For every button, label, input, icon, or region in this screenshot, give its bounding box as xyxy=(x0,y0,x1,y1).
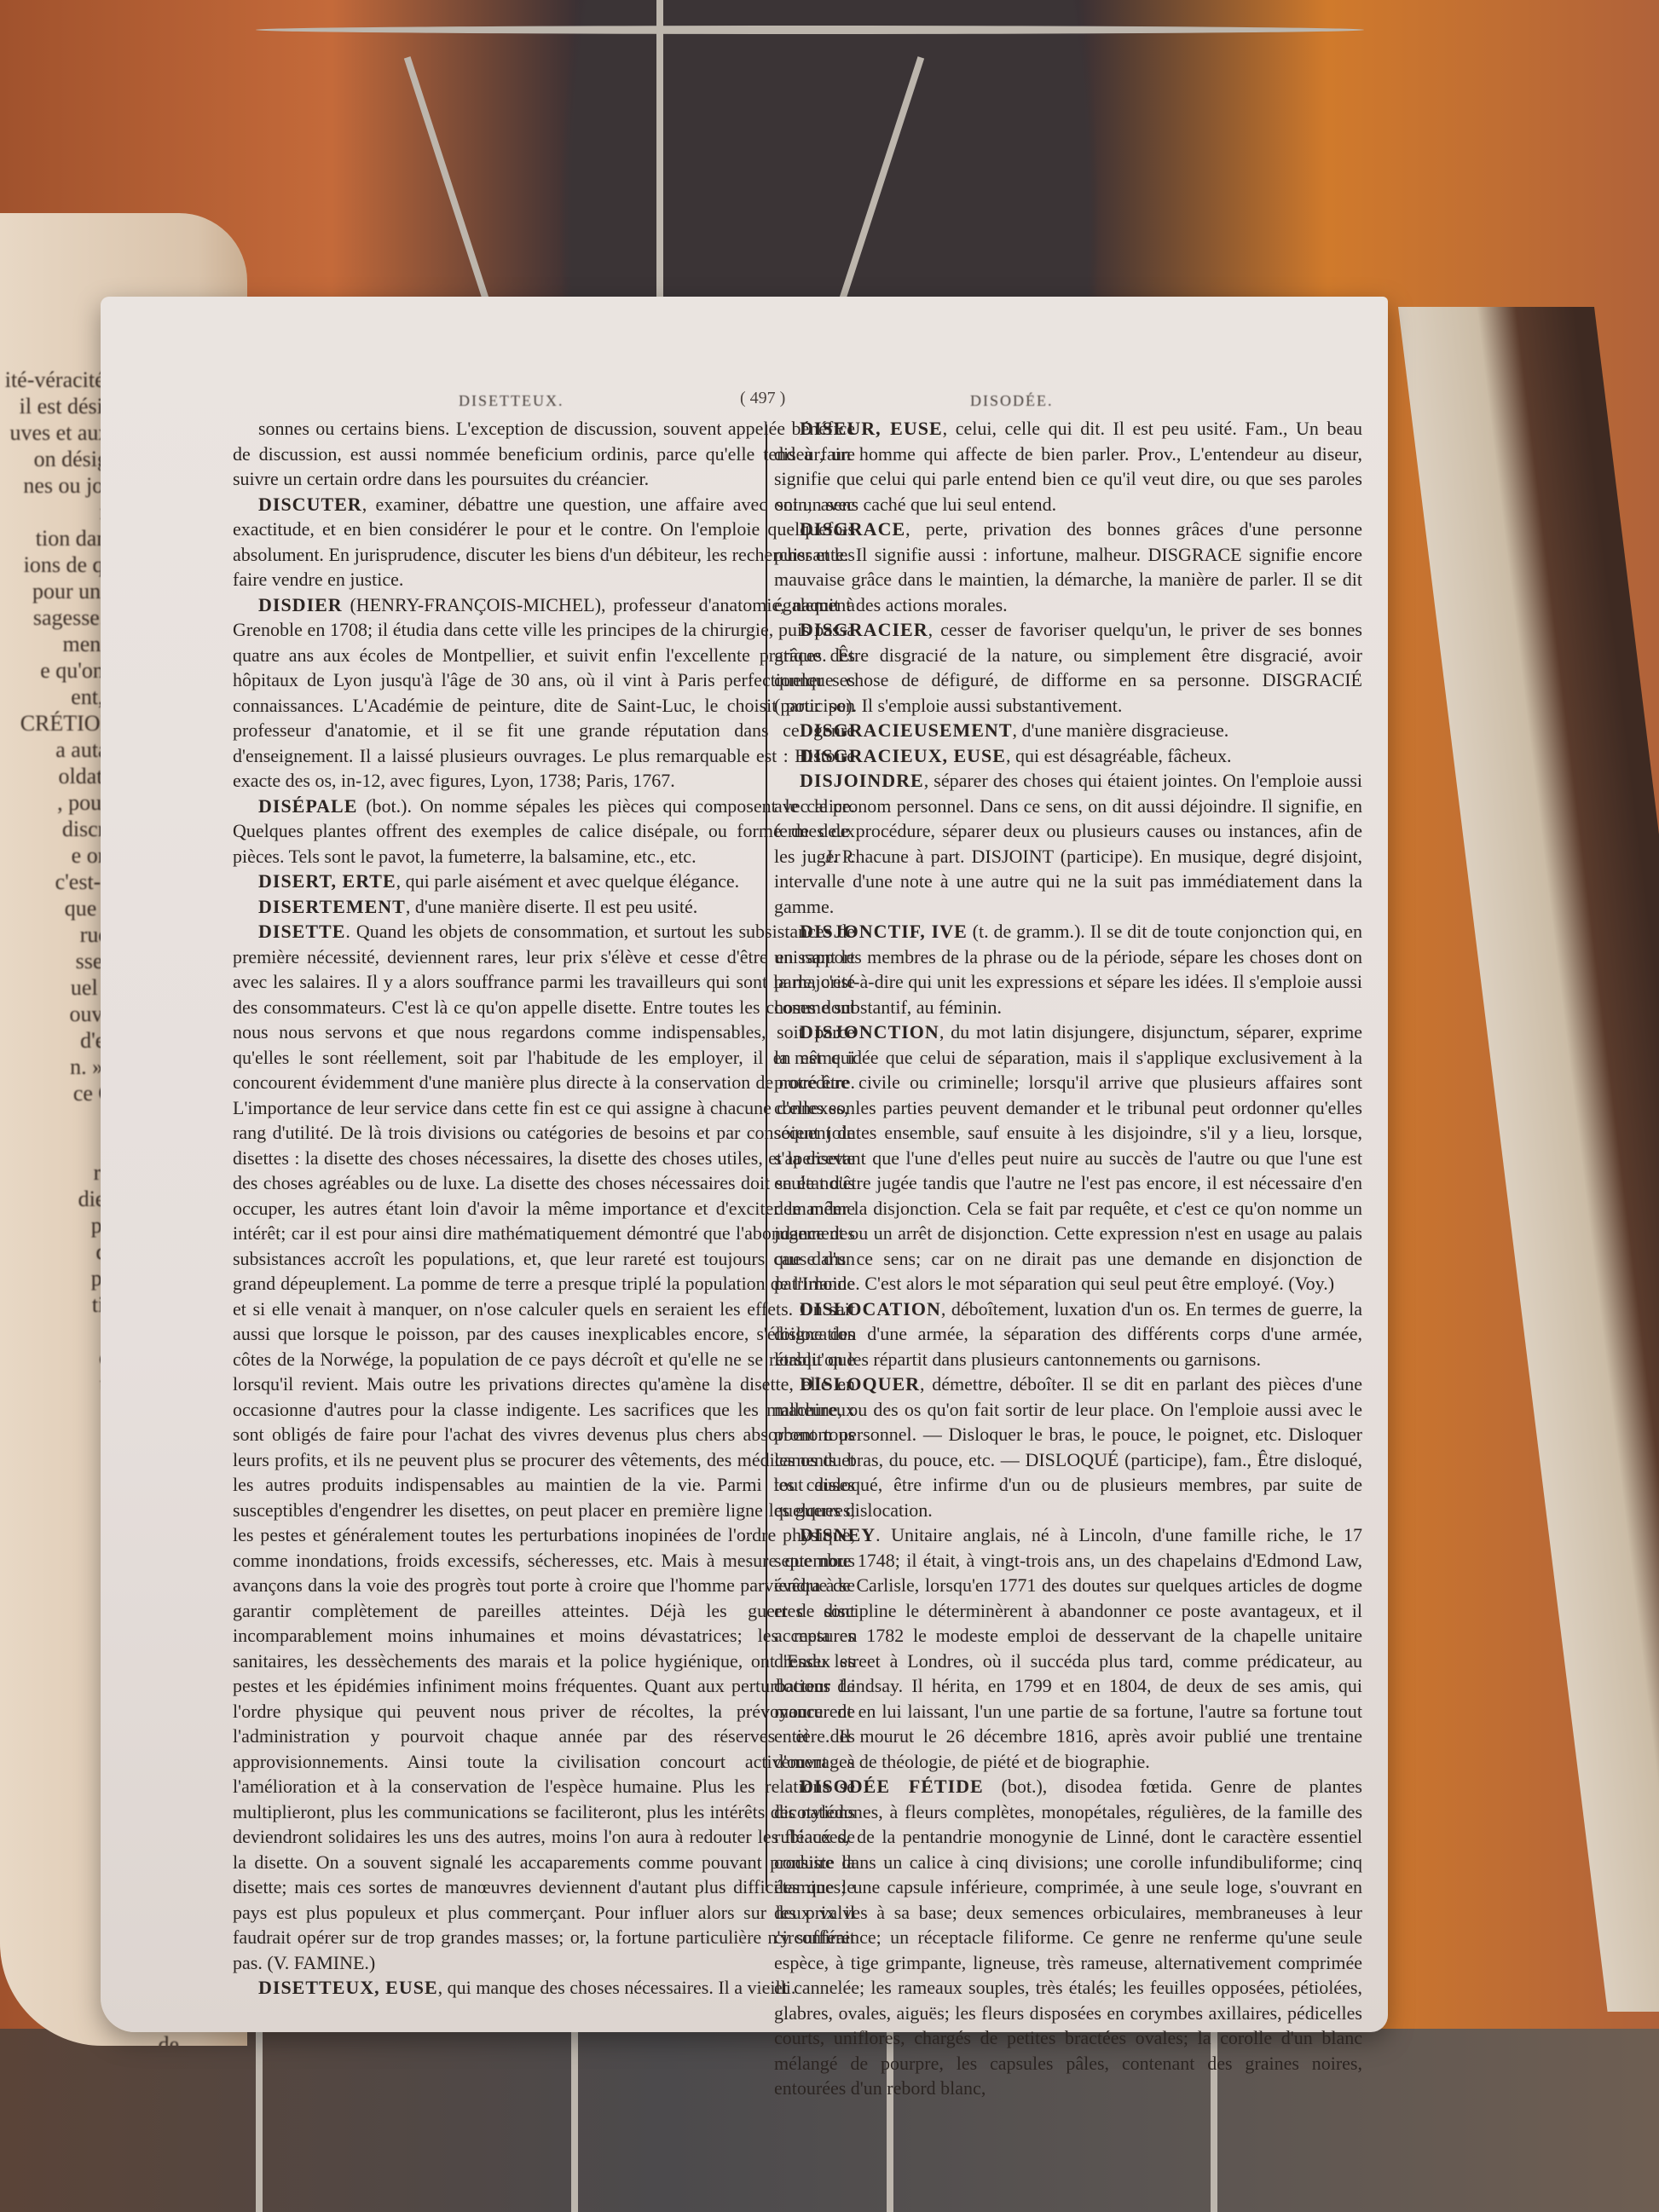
entry-definition: , qui manque des choses nécessaires. Il … xyxy=(438,1977,796,1998)
entry-headword: DISERT, ERTE xyxy=(258,870,396,892)
entry-headword: DISÉPALE xyxy=(258,795,357,817)
dictionary-entry: DISJOINDRE, séparer des choses qui étaie… xyxy=(774,768,1362,919)
running-head-right: DISODÉE. xyxy=(970,392,1054,410)
entry-definition: , du mot latin disjungere, disjunctum, s… xyxy=(774,1021,1362,1294)
left-text-column: sonnes ou certains biens. L'exception de… xyxy=(233,416,855,2001)
entry-definition: , qui est désagréable, fâcheux. xyxy=(1006,745,1232,766)
entry-headword: DISERTEMENT xyxy=(258,896,406,917)
entry-headword: DISLOCATION xyxy=(800,1298,941,1320)
dictionary-entry: DISNEY. Unitaire anglais, né à Lincoln, … xyxy=(774,1522,1362,1774)
entry-definition: (bot.), disodea fœtida. Genre de plantes… xyxy=(774,1776,1362,2099)
entry-headword: DISJOINDRE xyxy=(800,770,924,791)
dictionary-entry: DISEUR, EUSE, celui, celle qui dit. Il e… xyxy=(774,416,1362,517)
entry-headword: DISGRACIER xyxy=(800,619,928,640)
column-divider xyxy=(766,424,767,1891)
right-text-column: DISEUR, EUSE, celui, celle qui dit. Il e… xyxy=(774,416,1362,2101)
dictionary-entry: DISGRACIEUX, EUSE, qui est désagréable, … xyxy=(774,743,1362,769)
entry-definition: , démettre, déboîter. Il se dit en parla… xyxy=(774,1373,1362,1521)
entry-definition: (HENRY-FRANÇOIS-MICHEL), professeur d'an… xyxy=(233,594,855,792)
entry-definition: , d'une manière disgracieuse. xyxy=(1013,719,1229,741)
entry-definition: , d'une manière diserte. Il est peu usit… xyxy=(406,896,697,917)
entry-headword: DISJONCTIF, IVE xyxy=(800,921,968,942)
entry-definition: , séparer des choses qui étaient jointes… xyxy=(774,770,1362,917)
entry-definition: . Unitaire anglais, né à Lincoln, d'une … xyxy=(774,1524,1362,1772)
dictionary-entry: DISGRACIER, cesser de favoriser quelqu'u… xyxy=(774,617,1362,718)
entry-headword: DISODÉE FÉTIDE xyxy=(800,1776,984,1797)
dictionary-entry: DISLOCATION, déboîtement, luxation d'un … xyxy=(774,1297,1362,1372)
dictionary-entry: DISLOQUER, démettre, déboîter. Il se dit… xyxy=(774,1372,1362,1522)
entry-headword: DISJONCTION xyxy=(800,1021,939,1042)
entry-definition: sonnes ou certains biens. L'exception de… xyxy=(233,418,855,489)
page-number: ( 497 ) xyxy=(740,389,785,408)
dictionary-entry: DISDIER (HENRY-FRANÇOIS-MICHEL), profess… xyxy=(233,592,855,794)
running-head-left: DISETTEUX. xyxy=(459,392,564,410)
entry-definition: . Quand les objets de consommation, et s… xyxy=(233,921,855,1973)
entry-headword: DISGRACE xyxy=(800,518,905,540)
dictionary-entry: DISETTE. Quand les objets de consommatio… xyxy=(233,919,855,1975)
dictionary-entry: sonnes ou certains biens. L'exception de… xyxy=(233,416,855,492)
dictionary-entry: DISJONCTION, du mot latin disjungere, di… xyxy=(774,1019,1362,1297)
dictionary-entry: DISGRACIEUSEMENT, d'une manière disgraci… xyxy=(774,718,1362,743)
entry-headword: DISGRACIEUX, EUSE xyxy=(800,745,1006,766)
dictionary-entry: DISÉPALE (bot.). On nomme sépales les pi… xyxy=(233,794,855,869)
right-page: DISETTEUX. ( 497 ) DISODÉE. sonnes ou ce… xyxy=(101,297,1388,2032)
entry-headword: DISEUR, EUSE xyxy=(800,418,943,439)
tile-grout xyxy=(571,2029,578,2212)
entry-headword: DISDIER xyxy=(258,594,343,615)
dictionary-entry: DISCUTER, examiner, débattre une questio… xyxy=(233,492,855,592)
dictionary-entry: DISETTEUX, EUSE, qui manque des choses n… xyxy=(233,1975,855,2001)
tile-grout xyxy=(656,0,663,298)
tile-grout xyxy=(256,2029,263,2212)
entry-headword: DISETTEUX, EUSE xyxy=(258,1977,438,1998)
entry-definition: , qui parle aisément et avec quelque élé… xyxy=(396,870,740,892)
dictionary-entry: DISERTEMENT, d'une manière diserte. Il e… xyxy=(233,894,855,920)
entry-headword: DISLOQUER xyxy=(800,1373,920,1395)
dictionary-entry: DISERT, ERTE, qui parle aisément et avec… xyxy=(233,869,855,894)
entry-headword: DISCUTER xyxy=(258,494,362,515)
dictionary-entry: DISODÉE FÉTIDE (bot.), disodea fœtida. G… xyxy=(774,1774,1362,2101)
dictionary-entry: DISJONCTIF, IVE (t. de gramm.). Il se di… xyxy=(774,919,1362,1019)
tile-grout-arc xyxy=(256,26,1364,34)
dictionary-entry: DISGRACE, perte, privation des bonnes gr… xyxy=(774,517,1362,617)
entry-headword: DISETTE xyxy=(258,921,345,942)
entry-headword: DISNEY xyxy=(800,1524,876,1545)
entry-headword: DISGRACIEUSEMENT xyxy=(800,719,1013,741)
